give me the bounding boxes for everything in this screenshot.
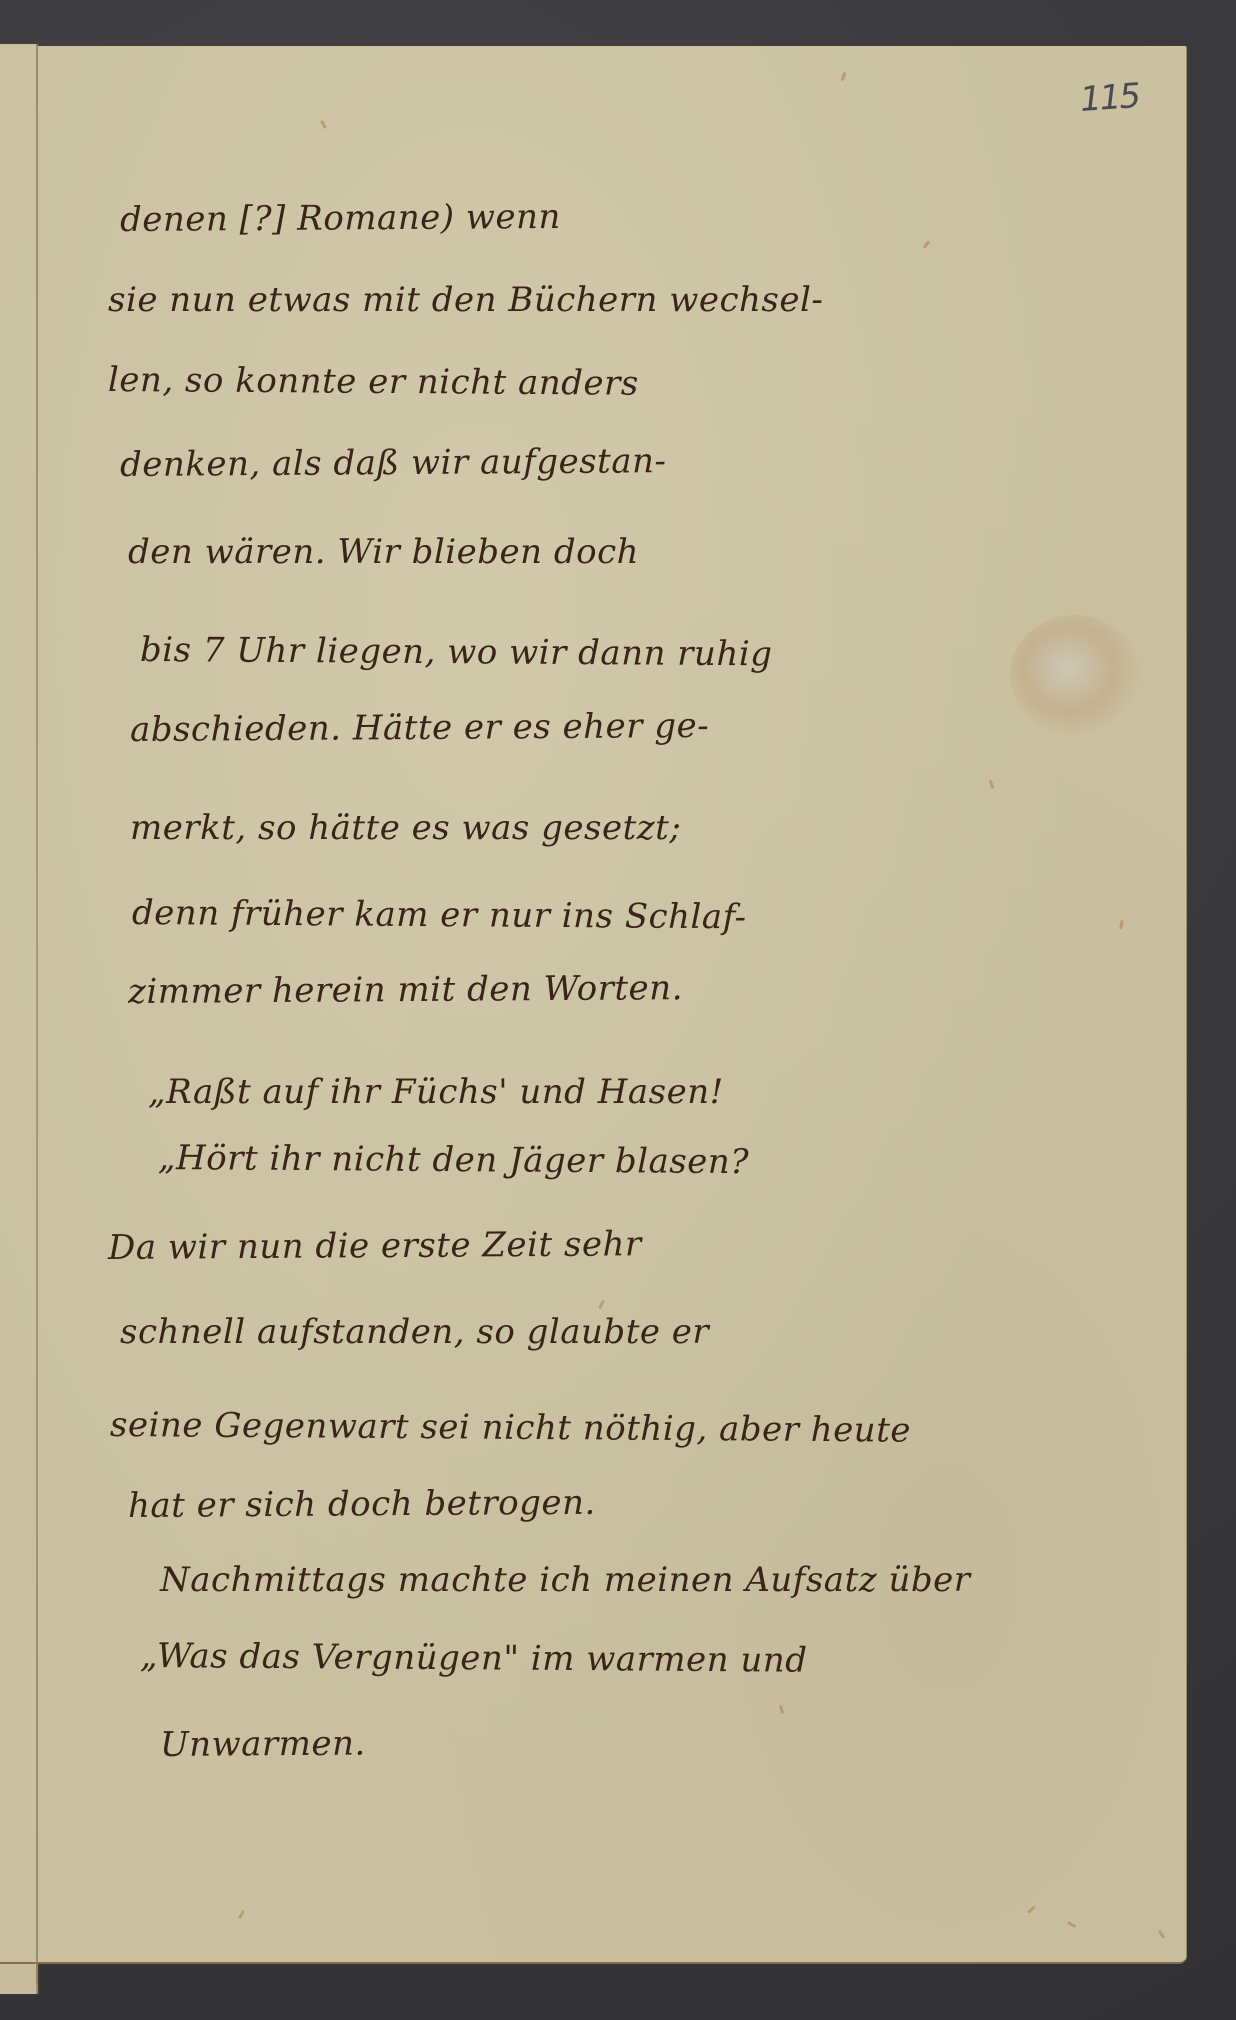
manuscript-line: schnell aufstanden, so glaubte er [120, 1312, 709, 1352]
manuscript-line: merkt, so hätte es was gesetzt; [130, 808, 681, 848]
manuscript-line: denen [?] Romane) wenn [120, 197, 561, 240]
paper-stain [1010, 615, 1140, 735]
manuscript-line: bis 7 Uhr liegen, wo wir dann ruhig [140, 630, 773, 674]
manuscript-line: Unwarmen. [160, 1724, 366, 1765]
manuscript-line: denken, als daß wir aufgestan- [120, 441, 667, 485]
manuscript-line: den wären. Wir blieben doch [128, 532, 639, 572]
manuscript-line: sie nun etwas mit den Büchern wechsel- [108, 280, 823, 320]
manuscript-line: „Raßt auf ihr Füchs' und Hasen! [148, 1072, 724, 1112]
manuscript-line: „Was das Vergnügen" im warmen und [140, 1636, 808, 1681]
binding-fold [36, 44, 38, 1984]
manuscript-line: hat er sich doch betrogen. [128, 1483, 596, 1526]
manuscript-line: „Hört ihr nicht den Jäger blasen? [158, 1138, 749, 1182]
manuscript-line: zimmer herein mit den Worten. [128, 968, 683, 1012]
manuscript-line: len, so konnte er nicht anders [108, 360, 639, 404]
manuscript-line: Da wir nun die erste Zeit sehr [108, 1224, 642, 1268]
manuscript-line: seine Gegenwart sei nicht nöthig, aber h… [110, 1405, 911, 1451]
manuscript-line: abschieden. Hätte er es eher ge- [130, 706, 709, 750]
manuscript-line: Nachmittags machte ich meinen Aufsatz üb… [160, 1560, 971, 1600]
page-number: 115 [1079, 76, 1141, 120]
manuscript-line: denn früher kam er nur ins Schlaf- [132, 893, 747, 937]
